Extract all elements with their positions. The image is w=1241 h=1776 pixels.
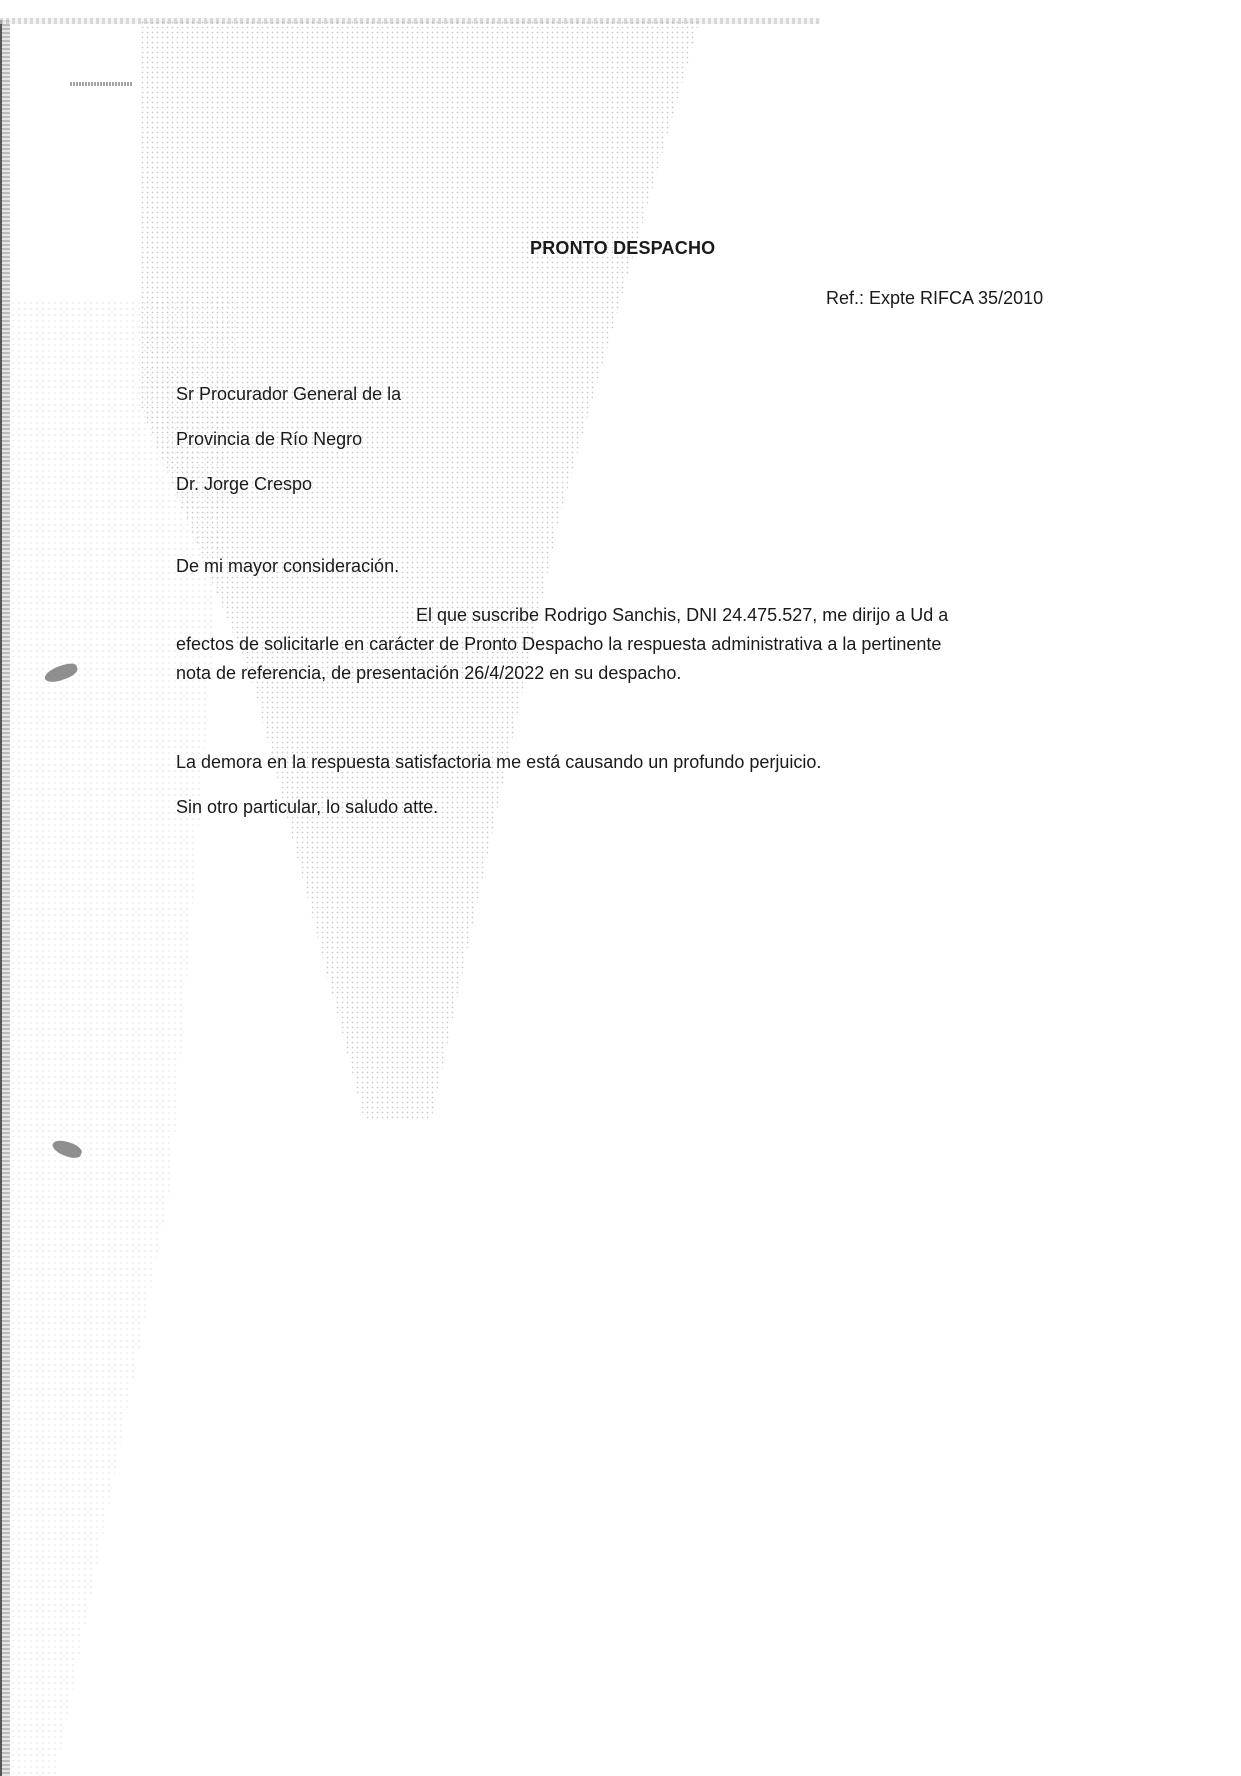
- body-paragraph-2: La demora en la respuesta satisfactoria …: [176, 752, 821, 773]
- body-line: efectos de solicitarle en carácter de Pr…: [176, 630, 1066, 659]
- body-paragraph: El que suscribe Rodrigo Sanchis, DNI 24.…: [176, 601, 1066, 688]
- recipient-block: Sr Procurador General de la Provincia de…: [176, 372, 401, 507]
- body-line: El que suscribe Rodrigo Sanchis, DNI 24.…: [176, 601, 1066, 630]
- document-title: PRONTO DESPACHO: [530, 238, 715, 259]
- scan-stamp-mark: [70, 82, 132, 86]
- recipient-line: Sr Procurador General de la: [176, 372, 401, 417]
- recipient-line: Provincia de Río Negro: [176, 417, 401, 462]
- recipient-line: Dr. Jorge Crespo: [176, 462, 401, 507]
- scan-halftone-pattern-left: [10, 300, 240, 1776]
- salutation: De mi mayor consideración.: [176, 556, 399, 577]
- scan-left-edge: [0, 20, 10, 1776]
- closing-line: Sin otro particular, lo saludo atte.: [176, 797, 438, 818]
- body-line: nota de referencia, de presentación 26/4…: [176, 659, 1066, 688]
- reference-line: Ref.: Expte RIFCA 35/2010: [826, 288, 1043, 309]
